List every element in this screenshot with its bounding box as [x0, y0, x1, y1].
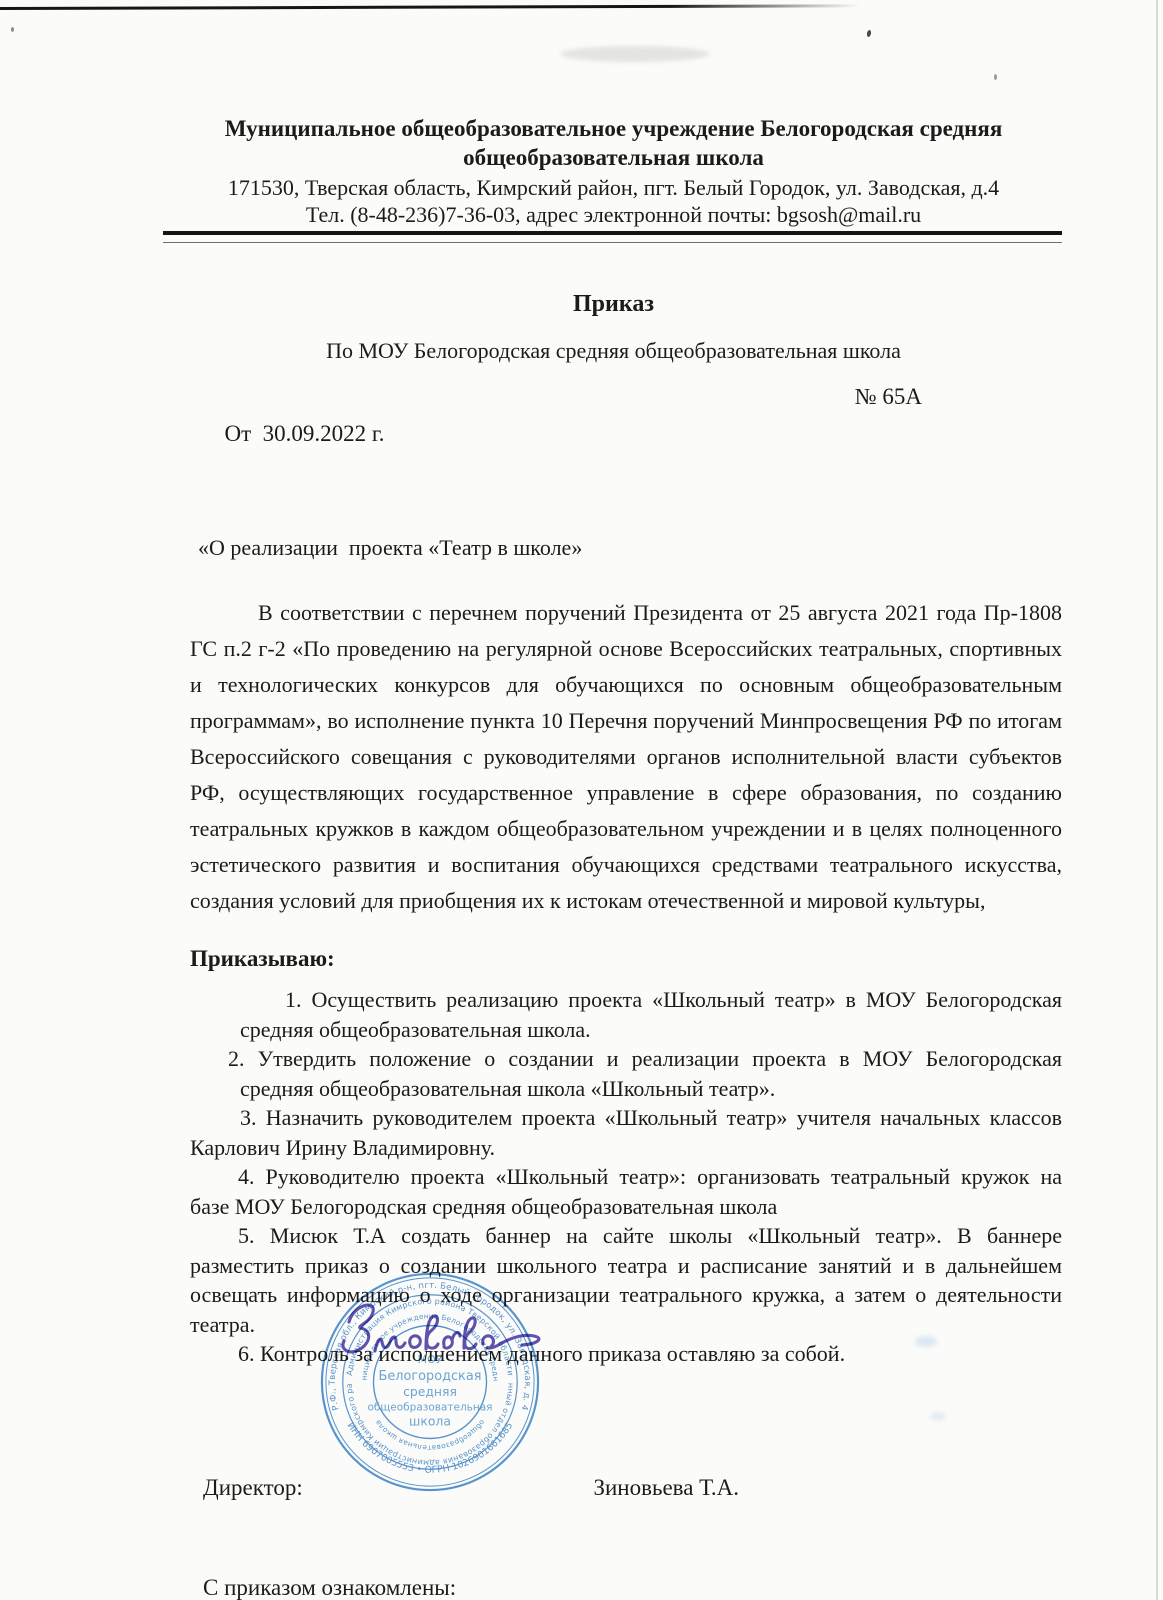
org-address: 171530, Тверская область, Кимрский район… — [165, 174, 1062, 201]
stamp-center-line: средняя — [403, 1384, 457, 1399]
order-date: От 30.09.2022 г. — [225, 421, 385, 446]
order-preamble: В соответствии с перечнем поручений През… — [190, 595, 1062, 919]
order-item: 2. Утвердить положение о создании и реал… — [190, 1044, 1062, 1103]
stamp-center-line: школа — [409, 1414, 451, 1429]
org-name: Муниципальное общеобразовательное учрежд… — [219, 0, 1009, 172]
acknowledgement-label: С приказом ознакомлены: — [203, 1573, 1062, 1600]
director-signature-script — [318, 1292, 556, 1384]
order-item: 4. Руководителю проекта «Школьный театр»… — [190, 1162, 1062, 1221]
org-contact: Тел. (8-48-236)7-36-03, адрес электронно… — [165, 201, 1062, 228]
order-item: 1. Осуществить реализацию проекта «Школь… — [190, 985, 1062, 1044]
date-row: От 30.09.2022 г. № 65А — [190, 389, 1062, 509]
order-subject: «О реализации проекта «Театр в школе» — [198, 534, 1062, 561]
header-divider — [163, 231, 1062, 243]
order-number: № 65А — [855, 382, 922, 412]
directive-label: Приказываю: — [190, 945, 1062, 973]
director-name: Зиновьева Т.А. — [593, 1475, 739, 1500]
order-item: 3. Назначить руководителем проекта «Школ… — [190, 1103, 1062, 1162]
order-title: Приказ — [165, 290, 1062, 318]
director-label: Директор: — [203, 1475, 303, 1500]
stamp-center-line: общеобразовательная — [368, 1402, 493, 1414]
order-subtitle: По МОУ Белогородская средняя общеобразов… — [165, 337, 1062, 364]
scan-speck — [11, 27, 14, 32]
scan-right-edge-line — [1156, 0, 1158, 1600]
scanned-order-page: Муниципальное общеобразовательное учрежд… — [0, 0, 1163, 1600]
document-body: Муниципальное общеобразовательное учрежд… — [165, 0, 1062, 1600]
